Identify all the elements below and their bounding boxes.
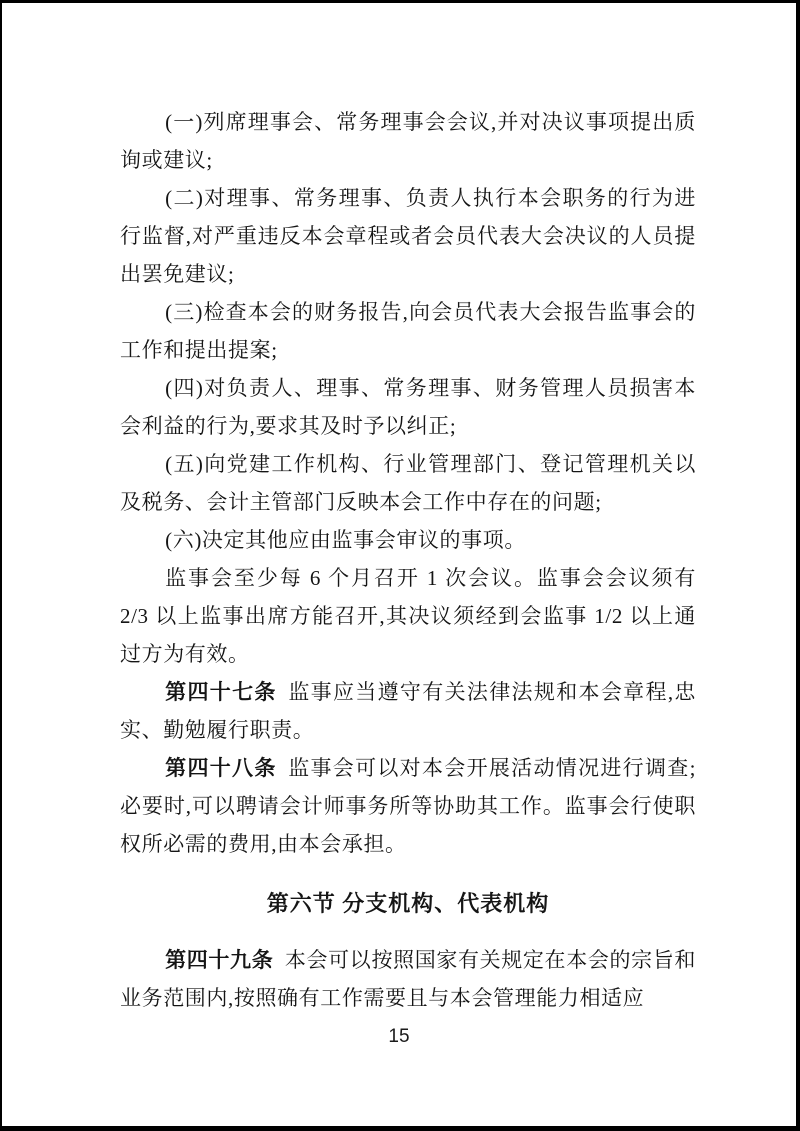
paragraph-3: (三)检查本会的财务报告,向会员代表大会报告监事会的工作和提出提案; [120, 293, 696, 369]
paragraph-8: 第四十七条监事应当遵守有关法律法规和本会章程,忠实、勤勉履行职责。 [120, 673, 696, 749]
article-number-label: 第四十九条 [165, 948, 273, 972]
article-number-label: 第四十七条 [165, 680, 277, 704]
paragraph-6: (六)决定其他应由监事会审议的事项。 [120, 521, 696, 559]
paragraph-7: 监事会至少每 6 个月召开 1 次会议。监事会会议须有 2/3 以上监事出席方能… [120, 559, 696, 673]
section-heading: 第六节 分支机构、代表机构 [120, 885, 696, 923]
paragraph-1: (一)列席理事会、常务理事会会议,并对决议事项提出质询或建议; [120, 103, 696, 179]
article-number-label: 第四十八条 [165, 756, 277, 780]
paragraph-11: 第四十九条本会可以按照国家有关规定在本会的宗旨和业务范围内,按照确有工作需要且与… [120, 941, 696, 1017]
paragraph-5: (五)向党建工作机构、行业管理部门、登记管理机关以及税务、会计主管部门反映本会工… [120, 445, 696, 521]
paragraph-4: (四)对负责人、理事、常务理事、财务管理人员损害本会利益的行为,要求其及时予以纠… [120, 369, 696, 445]
paragraph-2: (二)对理事、常务理事、负责人执行本会职务的行为进行监督,对严重违反本会章程或者… [120, 179, 696, 293]
document-page: (一)列席理事会、常务理事会会议,并对决议事项提出质询或建议;(二)对理事、常务… [0, 0, 800, 1131]
paragraph-9: 第四十八条监事会可以对本会开展活动情况进行调查;必要时,可以聘请会计师事务所等协… [120, 749, 696, 863]
page-body: (一)列席理事会、常务理事会会议,并对决议事项提出质询或建议;(二)对理事、常务… [120, 103, 696, 1017]
page-number: 15 [2, 1026, 796, 1048]
